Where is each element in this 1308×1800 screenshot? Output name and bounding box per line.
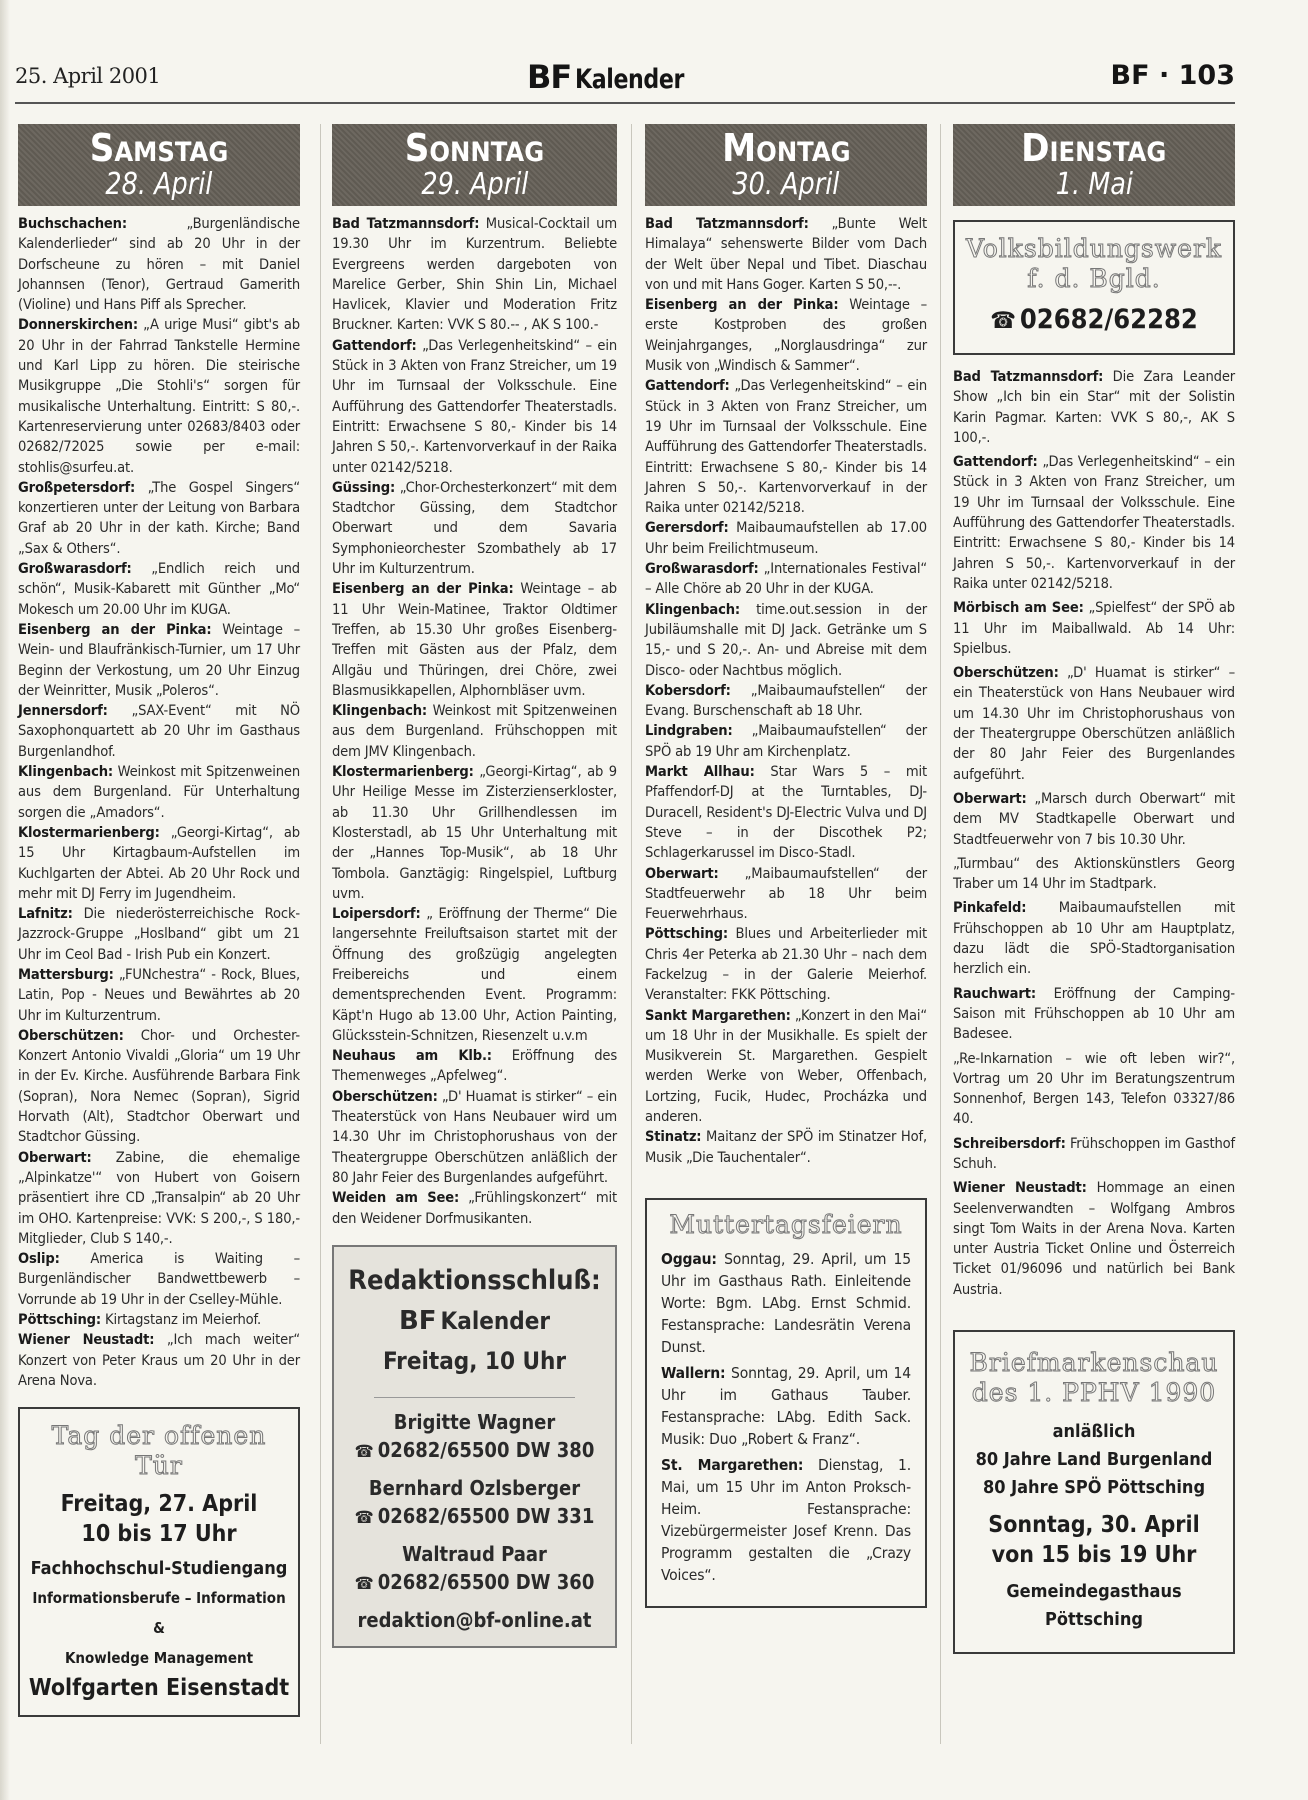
day-date: 30. April (733, 169, 840, 201)
event-place: Bad Tatzmannsdorf: (645, 215, 809, 232)
event-place: Wallern: (661, 1364, 725, 1382)
event-entry: Weiden am See: „Frühlingskonzert“ mit de… (332, 1188, 617, 1229)
contact-phone: ☎02682/65500 DW 360 (340, 1568, 609, 1598)
event-entry: Oggau: Sonntag, 29. April, um 15 Uhr im … (661, 1248, 911, 1358)
event-entry: Loipersdorf: „ Eröffnung der Therme“ Die… (332, 904, 617, 1046)
event-place: Großwarasdorf: (645, 560, 759, 577)
column-divider (631, 124, 632, 1744)
event-place: Pöttsching: (645, 925, 728, 942)
event-place: Klingenbach: (645, 601, 740, 618)
event-entry: Oberschützen: Chor- und Orchester-Konzer… (18, 1026, 300, 1148)
contact-email[interactable]: redaktion@bf-online.at (340, 1606, 609, 1634)
event-place: Wiener Neustadt: (953, 1179, 1087, 1196)
event-place: Schreibersdorf: (953, 1135, 1066, 1152)
box-title: Muttertagsfeiern (661, 1210, 911, 1240)
event-entry: Gattendorf: „Das Verlegenheitskind“ – ei… (953, 452, 1235, 594)
event-entry: Oberwart: Zabine, die ehemalige „Alpinka… (18, 1148, 300, 1249)
event-place: Sankt Margarethen: (645, 1007, 791, 1024)
event-place: Eisenberg an der Pinka: (645, 296, 838, 313)
event-description: „Konzert in den Mai“ um 18 Uhr in der Mu… (645, 1007, 927, 1125)
ad-line: Informationsberufe – Information & (28, 1583, 290, 1643)
event-entry: Oslip: America is Waiting – Burgenländis… (18, 1249, 300, 1310)
event-entry: Güssing: „Chor-Orchesterkonzert“ mit dem… (332, 478, 617, 579)
day-header: Sonntag 29. April (332, 124, 617, 206)
event-entry: Lindgraben: „Maibaumaufstellen“ der SPÖ … (645, 721, 927, 762)
event-entry: Klostermarienberg: „Georgi-Kirtag“, ab 1… (18, 823, 300, 904)
event-place: Bad Tatzmannsdorf: (953, 368, 1103, 385)
event-place: Pinkafeld: (953, 899, 1026, 916)
box-phone: ☎02682/62282 (961, 300, 1227, 341)
event-entry: „Turmbau“ des Aktionskünstlers Georg Tra… (953, 854, 1235, 895)
event-place: Gattendorf: (332, 337, 417, 354)
event-entry: Mattersburg: „FUNchestra“ - Rock, Blues,… (18, 965, 300, 1026)
phone-number: 02682/65500 DW 331 (378, 1504, 595, 1528)
event-entry: Wiener Neustadt: Hommage an einen Seelen… (953, 1178, 1235, 1300)
event-entry: Gattendorf: „Das Verlegenheitskind“ – ei… (332, 336, 617, 478)
event-place: Lafnitz: (18, 905, 73, 922)
event-place: Eisenberg an der Pinka: (332, 580, 514, 597)
day-date: 1. Mai (1055, 169, 1132, 201)
box-venue: Pöttsching (961, 1606, 1227, 1634)
event-place: Kobersdorf: (645, 682, 731, 699)
box-time: von 15 bis 19 Uhr (961, 1540, 1227, 1570)
event-description: „Re-Inkarnation – wie oft leben wir?“, V… (953, 1050, 1235, 1128)
event-description: „Das Verlegenheitskind“ – ein Stück in 3… (953, 453, 1235, 592)
event-description: „Turmbau“ des Aktionskünstlers Georg Tra… (953, 855, 1235, 892)
day-column-montag: Montag 30. April Bad Tatzmannsdorf: „Bun… (645, 124, 927, 1608)
contact-phone: ☎02682/65500 DW 380 (340, 1436, 609, 1466)
event-description: Chor- und Orchester-Konzert Antonio Viva… (18, 1027, 300, 1145)
day-name: Samstag (90, 127, 229, 169)
event-entry: Gattendorf: „Das Verlegenheitskind“ – ei… (645, 376, 927, 518)
day-column-sonntag: Sonntag 29. April Bad Tatzmannsdorf: Mus… (332, 124, 617, 1648)
event-place: Oberwart: (18, 1149, 92, 1166)
event-place: Gattendorf: (953, 453, 1038, 470)
event-place: Oslip: (18, 1250, 60, 1267)
event-entry: Klingenbach: Weinkost mit Spitzenweinen … (18, 762, 300, 823)
event-place: Oberschützen: (953, 664, 1059, 681)
event-place: Rauchwart: (953, 985, 1036, 1002)
event-entry: Eisenberg an der Pinka: Weintage – erste… (645, 295, 927, 376)
publication-name: Kalender (441, 1307, 550, 1335)
box-subtitle: des 1. PPHV 1990 (961, 1378, 1227, 1408)
contact-name: Waltraud Paar (340, 1540, 609, 1568)
event-place: Wiener Neustadt: (18, 1331, 154, 1348)
ad-tag-der-offenen-tuer: Tag der offenen Tür Freitag, 27. April 1… (18, 1407, 300, 1717)
event-place: Markt Allhau: (645, 763, 755, 780)
box-line: 80 Jahre Land Burgenland (961, 1446, 1227, 1474)
event-entry: „Re-Inkarnation – wie oft leben wir?“, V… (953, 1049, 1235, 1130)
volksbildungswerk-box: Volksbildungswerk f. d. Bgld. ☎02682/622… (953, 220, 1235, 355)
event-place: Eisenberg an der Pinka: (18, 621, 211, 638)
bf-logo: BF (399, 1306, 437, 1336)
day-date: 29. April (421, 169, 528, 201)
page-number: BF · 103 (1111, 60, 1235, 91)
event-place: Gerersdorf: (645, 519, 729, 536)
event-place: Bad Tatzmannsdorf: (332, 215, 479, 232)
event-place: Weiden am See: (332, 1189, 459, 1206)
event-entry: Klingenbach: Weinkost mit Spitzenweinen … (332, 701, 617, 762)
event-place: Oberschützen: (332, 1088, 438, 1105)
event-entry: Wiener Neustadt: „Ich mach weiter“ Konze… (18, 1330, 300, 1391)
event-list: Buchschachen: „Burgenländische Kalenderl… (18, 214, 300, 1391)
event-entry: Gerersdorf: Maibaumaufstellen ab 17.00 U… (645, 518, 927, 559)
event-place: Großwarasdorf: (18, 560, 132, 577)
event-entry: Sankt Margarethen: „Konzert in den Mai“ … (645, 1006, 927, 1128)
event-place: Klingenbach: (18, 763, 113, 780)
event-list: Bad Tatzmannsdorf: Musical-Cocktail um 1… (332, 214, 617, 1229)
contact-name: Brigitte Wagner (340, 1408, 609, 1436)
event-entry: Jennersdorf: „SAX-Event“ mit NÖ Saxophon… (18, 701, 300, 762)
event-entry: Eisenberg an der Pinka: Weintage – Wein-… (18, 620, 300, 701)
event-place: Oberschützen: (18, 1027, 124, 1044)
event-entry: Großwarasdorf: „Endlich reich und schön“… (18, 559, 300, 620)
phone-icon: ☎ (355, 1574, 374, 1594)
event-entry: Buchschachen: „Burgenländische Kalenderl… (18, 214, 300, 315)
phone-icon: ☎ (990, 308, 1016, 334)
ad-location: Wolfgarten Eisenstadt (28, 1673, 290, 1703)
event-description: Musical-Cocktail um 19.30 Uhr im Kurzent… (332, 215, 617, 333)
event-place: Stinatz: (645, 1128, 701, 1145)
event-entry: Pöttsching: Kirtagstanz im Meierhof. (18, 1310, 300, 1330)
masthead: 25. April 2001 BFKalender BF · 103 (15, 58, 1235, 98)
issue-date: 25. April 2001 (15, 64, 160, 88)
ad-time: 10 bis 17 Uhr (28, 1519, 290, 1549)
event-description: „A urige Musi“ gibt's ab 20 Uhr in der F… (18, 316, 300, 475)
event-place: Güssing: (332, 479, 395, 496)
phone-number: 02682/62282 (1020, 304, 1198, 335)
event-list: Oggau: Sonntag, 29. April, um 15 Uhr im … (661, 1248, 911, 1586)
event-place: Klostermarienberg: (18, 824, 160, 841)
event-entry: Großpetersdorf: „The Gospel Singers“ kon… (18, 478, 300, 559)
event-place: Mattersburg: (18, 966, 114, 983)
event-entry: Kobersdorf: „Maibaumaufstellen“ der Evan… (645, 681, 927, 722)
event-place: St. Margarethen: (661, 1456, 803, 1474)
phone-number: 02682/65500 DW 380 (378, 1438, 595, 1462)
event-entry: Neuhaus am Klb.: Eröffnung des Themenweg… (332, 1046, 617, 1087)
column-divider (940, 124, 941, 1744)
event-place: Loipersdorf: (332, 905, 421, 922)
section-title: BFKalender (527, 58, 708, 96)
day-column-dienstag: Dienstag 1. Mai Volksbildungswerk f. d. … (953, 124, 1235, 1654)
event-place: Gattendorf: (645, 377, 730, 394)
event-place: Neuhaus am Klb.: (332, 1047, 492, 1064)
event-entry: Schreibersdorf: Frühschoppen im Gasthof … (953, 1134, 1235, 1175)
phone-icon: ☎ (355, 1508, 374, 1528)
event-place: Oberwart: (645, 865, 719, 882)
event-entry: Großwarasdorf: „Internationales Festival… (645, 559, 927, 600)
section-name: Kalender (575, 64, 684, 95)
mothers-day-box: Muttertagsfeiern Oggau: Sonntag, 29. Apr… (645, 1198, 927, 1608)
event-entry: Oberschützen: „D' Huamat is stirker“ – e… (332, 1087, 617, 1188)
event-place: Oberwart: (953, 790, 1027, 807)
box-title: Volksbildungswerk (961, 234, 1227, 264)
event-list: Bad Tatzmannsdorf: Die Zara Leander Show… (953, 367, 1235, 1300)
ad-title: Tag der offenen Tür (28, 1421, 290, 1481)
event-description: Weintage – ab 11 Uhr Wein-Matinee, Trakt… (332, 580, 617, 698)
event-entry: Bad Tatzmannsdorf: „Bunte Welt Himalaya“… (645, 214, 927, 295)
contact-phone: ☎02682/65500 DW 331 (340, 1502, 609, 1532)
box-date: Sonntag, 30. April (961, 1510, 1227, 1540)
deadline-title: Redaktionsschluß: (340, 1261, 609, 1301)
day-column-samstag: Samstag 28. April Buchschachen: „Burgenl… (18, 124, 300, 1717)
deadline-publication: BFKalender (340, 1301, 609, 1341)
event-description: America is Waiting – Burgenländischer Ba… (18, 1250, 300, 1308)
event-description: „D' Huamat is stirker“ – ein Theaterstüc… (953, 664, 1235, 782)
event-entry: Oberwart: „Marsch durch Oberwart“ mit de… (953, 789, 1235, 850)
event-entry: Bad Tatzmannsdorf: Musical-Cocktail um 1… (332, 214, 617, 336)
phone-number: 02682/65500 DW 360 (378, 1570, 595, 1594)
briefmarkenschau-box: Briefmarkenschau des 1. PPHV 1990 anläßl… (953, 1330, 1235, 1654)
day-name: Dienstag (1021, 127, 1166, 169)
box-subtitle: f. d. Bgld. (961, 264, 1227, 294)
event-entry: Pöttsching: Blues und Arbeiterlieder mit… (645, 924, 927, 1005)
event-entry: Bad Tatzmannsdorf: Die Zara Leander Show… (953, 367, 1235, 448)
event-entry: Markt Allhau: Star Wars 5 – mit Pfaffend… (645, 762, 927, 863)
event-entry: St. Margarethen: Dienstag, 1. Mai, um 15… (661, 1454, 911, 1586)
ad-date: Freitag, 27. April (28, 1489, 290, 1519)
event-entry: Pinkafeld: Maibaumaufstellen mit Frühsch… (953, 898, 1235, 979)
event-description: „Das Verlegenheitskind“ – ein Stück in 3… (332, 337, 617, 476)
event-entry: Wallern: Sonntag, 29. April, um 14 Uhr i… (661, 1362, 911, 1450)
page-edge-shadow (0, 0, 10, 1800)
event-place: Klostermarienberg: (332, 763, 474, 780)
box-venue: Gemeindegasthaus (961, 1578, 1227, 1606)
day-header: Samstag 28. April (18, 124, 300, 206)
deadline-time: Freitag, 10 Uhr (340, 1341, 609, 1381)
event-entry: Klingenbach: time.out.session in der Jub… (645, 600, 927, 681)
contact-name: Bernhard Ozlsberger (340, 1474, 609, 1502)
ad-line: Fachhochschul-Studiengang (28, 1555, 290, 1583)
event-place: Klingenbach: (332, 702, 427, 719)
day-header: Montag 30. April (645, 124, 927, 206)
event-place: Großpetersdorf: (18, 479, 135, 496)
phone-icon: ☎ (355, 1442, 374, 1462)
event-entry: Klostermarienberg: „Georgi-Kirtag“, ab 9… (332, 762, 617, 904)
box-line: 80 Jahre SPÖ Pöttsching (961, 1474, 1227, 1502)
event-description: Hommage an einen Seelenverwandten – Wolf… (953, 1179, 1235, 1297)
box-line: anläßlich (961, 1418, 1227, 1446)
event-description: „Das Verlegenheitskind“ – ein Stück in 3… (645, 377, 927, 516)
event-description: „ Eröffnung der Therme“ Die langersehnte… (332, 905, 617, 1044)
event-place: Jennersdorf: (18, 702, 108, 719)
masthead-rule (15, 102, 1235, 104)
event-entry: Donnerskirchen: „A urige Musi“ gibt's ab… (18, 315, 300, 477)
column-divider (320, 124, 321, 1744)
event-place: Oggau: (661, 1250, 717, 1268)
event-entry: Rauchwart: Eröffnung der Camping-Saison … (953, 984, 1235, 1045)
event-place: Donnerskirchen: (18, 316, 138, 333)
event-list: Bad Tatzmannsdorf: „Bunte Welt Himalaya“… (645, 214, 927, 1168)
event-place: Lindgraben: (645, 722, 733, 739)
event-entry: Eisenberg an der Pinka: Weintage – ab 11… (332, 579, 617, 701)
event-description: Dienstag, 1. Mai, um 15 Uhr im Anton Pro… (661, 1456, 911, 1584)
editorial-deadline-box: Redaktionsschluß: BFKalender Freitag, 10… (332, 1245, 617, 1648)
event-entry: Oberschützen: „D' Huamat is stirker“ – e… (953, 663, 1235, 785)
event-entry: Lafnitz: Die niederösterreichische Rock-… (18, 904, 300, 965)
event-description: Kirtagstanz im Meierhof. (101, 1311, 261, 1328)
event-place: Pöttsching: (18, 1311, 101, 1328)
day-name: Sonntag (405, 127, 544, 169)
divider (374, 1397, 576, 1398)
event-description: „Georgi-Kirtag“, ab 9 Uhr Heilige Messe … (332, 763, 617, 902)
event-entry: Mörbisch am See: „Spielfest“ der SPÖ ab … (953, 598, 1235, 659)
box-title: Briefmarkenschau (961, 1348, 1227, 1378)
event-entry: Stinatz: Maitanz der SPÖ im Stinatzer Ho… (645, 1127, 927, 1168)
day-date: 28. April (106, 169, 213, 201)
day-header: Dienstag 1. Mai (953, 124, 1235, 206)
ad-line: Knowledge Management (28, 1643, 290, 1673)
event-place: Buchschachen: (18, 215, 127, 232)
event-place: Mörbisch am See: (953, 599, 1084, 616)
day-name: Montag (722, 127, 850, 169)
bf-logo: BF (527, 58, 571, 96)
event-entry: Oberwart: „Maibaumaufstellen“ der Stadtf… (645, 864, 927, 925)
